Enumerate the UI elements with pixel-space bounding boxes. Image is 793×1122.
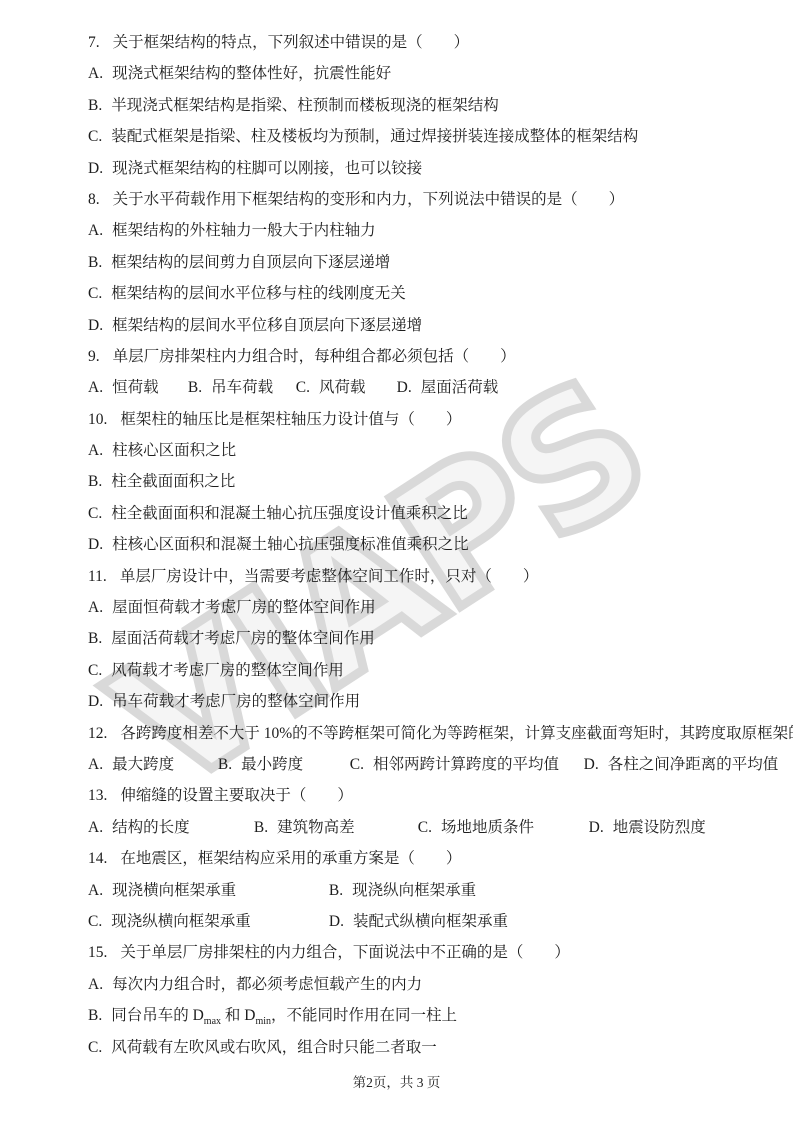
option-label: B.	[188, 372, 202, 403]
option-label: B.	[88, 247, 102, 278]
option-text: 相邻两跨计算跨度的平均值	[373, 756, 559, 773]
option: C.风荷载才考虑厂房的整体空间作用	[88, 655, 777, 686]
question-number: 7.	[88, 27, 100, 58]
question-number: 11.	[88, 561, 107, 592]
page-footer: 第2页，共 3 页	[0, 1071, 793, 1091]
question-number: 12.	[88, 718, 107, 749]
option-label: B.	[88, 90, 102, 121]
option-label: A.	[88, 875, 103, 906]
question-text: 在地震区，框架结构应采用的承重方案是（ ）	[120, 850, 461, 867]
option-label: B.	[88, 1000, 102, 1031]
option-label: C.	[88, 655, 102, 686]
option-text: 框架结构的层间剪力自顶层向下逐层递增	[111, 254, 390, 271]
option-text: 地震设防烈度	[613, 819, 706, 836]
option-text: 最小跨度	[241, 756, 303, 773]
question-number: 9.	[88, 341, 100, 372]
option: C.柱全截面面积和混凝土轴心抗压强度设计值乘积之比	[88, 498, 777, 529]
option-text: 吊车荷载才考虑厂房的整体空间作用	[112, 693, 360, 710]
question-stem: 9.单层厂房排架柱内力组合时，每种组合都必须包括（ ）	[88, 341, 777, 372]
option-label: A.	[88, 372, 103, 403]
option-text: 现浇纵向框架承重	[352, 882, 476, 899]
question-text: 单层厂房设计中，当需要考虑整体空间工作时，只对（ ）	[120, 568, 539, 585]
question-number: 15.	[88, 937, 107, 968]
options-row: A.结构的长度 B.建筑物高差 C.场地地质条件 D.地震设防烈度	[88, 812, 777, 843]
option: B.屋面活荷载才考虑厂房的整体空间作用	[88, 623, 777, 654]
question-text: 关于单层厂房排架柱的内力组合，下面说法中不正确的是（ ）	[120, 944, 570, 961]
option: D.屋面活荷载	[397, 372, 499, 403]
question-stem: 14.在地震区，框架结构应采用的承重方案是（ ）	[88, 843, 777, 874]
option: B.半现浇式框架结构是指梁、柱预制而楼板现浇的框架结构	[88, 90, 777, 121]
option-label: B.	[88, 466, 102, 497]
option-text: 装配式纵横向框架承重	[353, 913, 508, 930]
option-label: C.	[88, 1032, 102, 1063]
option-text: 框架结构的外柱轴力一般大于内柱轴力	[112, 222, 376, 239]
option-label: A.	[88, 215, 103, 246]
option-text-part: 和 D	[221, 1007, 255, 1024]
option: D.装配式纵横向框架承重	[329, 906, 508, 937]
question-stem: 7.关于框架结构的特点，下列叙述中错误的是（ ）	[88, 27, 777, 58]
option: A.恒荷载	[88, 372, 184, 403]
option-label: D.	[88, 686, 103, 717]
option: D.现浇式框架结构的柱脚可以刚接，也可以铰接	[88, 153, 777, 184]
question-stem: 8.关于水平荷载作用下框架结构的变形和内力，下列说法中错误的是（ ）	[88, 184, 777, 215]
option-text: 风荷载	[319, 379, 366, 396]
option-text: 现浇纵横向框架承重	[111, 913, 251, 930]
option: B.同台吊车的 Dmax 和 Dmin，不能同时作用在同一柱上	[88, 1000, 777, 1031]
question-stem: 12.各跨跨度相差不大于 10%的不等跨框架可简化为等跨框架，计算支座截面弯矩时…	[88, 718, 777, 749]
option-label: C.	[88, 498, 102, 529]
option-text: 屋面活荷载	[421, 379, 499, 396]
option: C.场地地质条件	[418, 812, 585, 843]
question-number: 13.	[88, 780, 107, 811]
option: C.风荷载	[296, 372, 393, 403]
question-text: 关于框架结构的特点，下列叙述中错误的是（ ）	[113, 34, 470, 51]
question-number: 10.	[88, 404, 107, 435]
options-row: A.现浇横向框架承重 B.现浇纵向框架承重	[88, 875, 777, 906]
option-label: C.	[88, 121, 102, 152]
option: A.柱核心区面积之比	[88, 435, 777, 466]
option-text: 柱全截面面积和混凝土轴心抗压强度设计值乘积之比	[111, 505, 468, 522]
question-stem: 11.单层厂房设计中，当需要考虑整体空间工作时，只对（ ）	[88, 561, 777, 592]
option: A.现浇式框架结构的整体性好，抗震性能好	[88, 58, 777, 89]
option-text: 最大跨度	[112, 756, 174, 773]
option-text: 屋面活荷载才考虑厂房的整体空间作用	[111, 630, 375, 647]
option: A.框架结构的外柱轴力一般大于内柱轴力	[88, 215, 777, 246]
option-label: C.	[350, 749, 364, 780]
option-label: C.	[418, 812, 432, 843]
option-text: 框架结构的层间水平位移与柱的线刚度无关	[111, 285, 406, 302]
option: A.结构的长度	[88, 812, 250, 843]
option: A.每次内力组合时，都必须考虑恒载产生的内力	[88, 969, 777, 1000]
option-label: B.	[88, 623, 102, 654]
option-label: D.	[589, 812, 604, 843]
option: D.地震设防烈度	[589, 812, 706, 843]
option-label: B.	[218, 749, 232, 780]
option-text: 现浇式框架结构的柱脚可以刚接，也可以铰接	[112, 160, 422, 177]
options-row: A.最大跨度 B.最小跨度 C.相邻两跨计算跨度的平均值 D.各柱之间净距离的平…	[88, 749, 777, 780]
option-text: 现浇式框架结构的整体性好，抗震性能好	[112, 65, 391, 82]
option: B.框架结构的层间剪力自顶层向下逐层递增	[88, 247, 777, 278]
option-text-part: 同台吊车的 D	[111, 1007, 204, 1024]
option-label: A.	[88, 592, 103, 623]
option-text: 装配式框架是指梁、柱及楼板均为预制，通过焊接拼装连接成整体的框架结构	[111, 128, 638, 145]
option-text: 屋面恒荷载才考虑厂房的整体空间作用	[112, 599, 376, 616]
subscript: max	[204, 1016, 221, 1027]
question-text: 伸缩缝的设置主要取决于（ ）	[120, 787, 353, 804]
question-text: 关于水平荷载作用下框架结构的变形和内力，下列说法中错误的是（ ）	[113, 191, 625, 208]
option: B.最小跨度	[218, 749, 346, 780]
option-text: 风荷载有左吹风或右吹风，组合时只能二者取一	[111, 1039, 437, 1056]
option-text: 吊车荷载	[211, 379, 273, 396]
option-text: 结构的长度	[112, 819, 190, 836]
option-text: 建筑物高差	[277, 819, 355, 836]
option-text: 柱全截面面积之比	[111, 473, 235, 490]
option-label: B.	[329, 875, 343, 906]
question-text: 框架柱的轴压比是框架柱轴压力设计值与（ ）	[120, 411, 461, 428]
option: B.吊车荷载	[188, 372, 292, 403]
question-text: 单层厂房排架柱内力组合时，每种组合都必须包括（ ）	[113, 348, 516, 365]
option-text-part: ，不能同时作用在同一柱上	[271, 1007, 457, 1024]
question-stem: 10.框架柱的轴压比是框架柱轴压力设计值与（ ）	[88, 404, 777, 435]
subscript: min	[255, 1016, 271, 1027]
option: A.现浇横向框架承重	[88, 875, 325, 906]
option: D.各柱之间净距离的平均值	[584, 749, 779, 780]
option: D.柱核心区面积和混凝土轴心抗压强度标准值乘积之比	[88, 529, 777, 560]
question-stem: 13.伸缩缝的设置主要取决于（ ）	[88, 780, 777, 811]
option: D.框架结构的层间水平位移自顶层向下逐层递增	[88, 310, 777, 341]
options-row: A.恒荷载 B.吊车荷载 C.风荷载 D.屋面活荷载	[88, 372, 777, 403]
option-text: 柱核心区面积之比	[112, 442, 236, 459]
option: B.建筑物高差	[254, 812, 414, 843]
option-label: A.	[88, 435, 103, 466]
option-text: 恒荷载	[112, 379, 159, 396]
options-row: C.现浇纵横向框架承重 D.装配式纵横向框架承重	[88, 906, 777, 937]
question-number: 8.	[88, 184, 100, 215]
option-label: D.	[329, 906, 344, 937]
option-label: C.	[296, 372, 310, 403]
option-label: A.	[88, 58, 103, 89]
option-text: 各柱之间净距离的平均值	[608, 756, 779, 773]
option-text: 场地地质条件	[441, 819, 534, 836]
option-label: A.	[88, 749, 103, 780]
option-text: 现浇横向框架承重	[112, 882, 236, 899]
option: A.最大跨度	[88, 749, 214, 780]
option: C.现浇纵横向框架承重	[88, 906, 325, 937]
option-text: 风荷载才考虑厂房的整体空间作用	[111, 662, 344, 679]
option-text: 框架结构的层间水平位移自顶层向下逐层递增	[112, 317, 422, 334]
option: B.柱全截面面积之比	[88, 466, 777, 497]
option-text: 半现浇式框架结构是指梁、柱预制而楼板现浇的框架结构	[111, 97, 499, 114]
option-label: A.	[88, 812, 103, 843]
question-text: 各跨跨度相差不大于 10%的不等跨框架可简化为等跨框架，计算支座截面弯矩时，其跨…	[120, 725, 793, 742]
option-text: 每次内力组合时，都必须考虑恒载产生的内力	[112, 976, 422, 993]
option-label: C.	[88, 278, 102, 309]
option-label: D.	[584, 749, 599, 780]
option-text: 柱核心区面积和混凝土轴心抗压强度标准值乘积之比	[112, 536, 469, 553]
option-label: D.	[397, 372, 412, 403]
exam-page-content: 7.关于框架结构的特点，下列叙述中错误的是（ ） A.现浇式框架结构的整体性好，…	[88, 27, 777, 1063]
option: A.屋面恒荷载才考虑厂房的整体空间作用	[88, 592, 777, 623]
option: D.吊车荷载才考虑厂房的整体空间作用	[88, 686, 777, 717]
option-label: A.	[88, 969, 103, 1000]
option-label: D.	[88, 153, 103, 184]
option-text: 同台吊车的 Dmax 和 Dmin，不能同时作用在同一柱上	[111, 1007, 457, 1024]
option-label: C.	[88, 906, 102, 937]
option-label: D.	[88, 310, 103, 341]
option: C.装配式框架是指梁、柱及楼板均为预制，通过焊接拼装连接成整体的框架结构	[88, 121, 777, 152]
option: C.框架结构的层间水平位移与柱的线刚度无关	[88, 278, 777, 309]
question-stem: 15.关于单层厂房排架柱的内力组合，下面说法中不正确的是（ ）	[88, 937, 777, 968]
option-label: D.	[88, 529, 103, 560]
option-label: B.	[254, 812, 268, 843]
option: C.风荷载有左吹风或右吹风，组合时只能二者取一	[88, 1032, 777, 1063]
option: C.相邻两跨计算跨度的平均值	[350, 749, 580, 780]
question-number: 14.	[88, 843, 107, 874]
option: B.现浇纵向框架承重	[329, 875, 476, 906]
